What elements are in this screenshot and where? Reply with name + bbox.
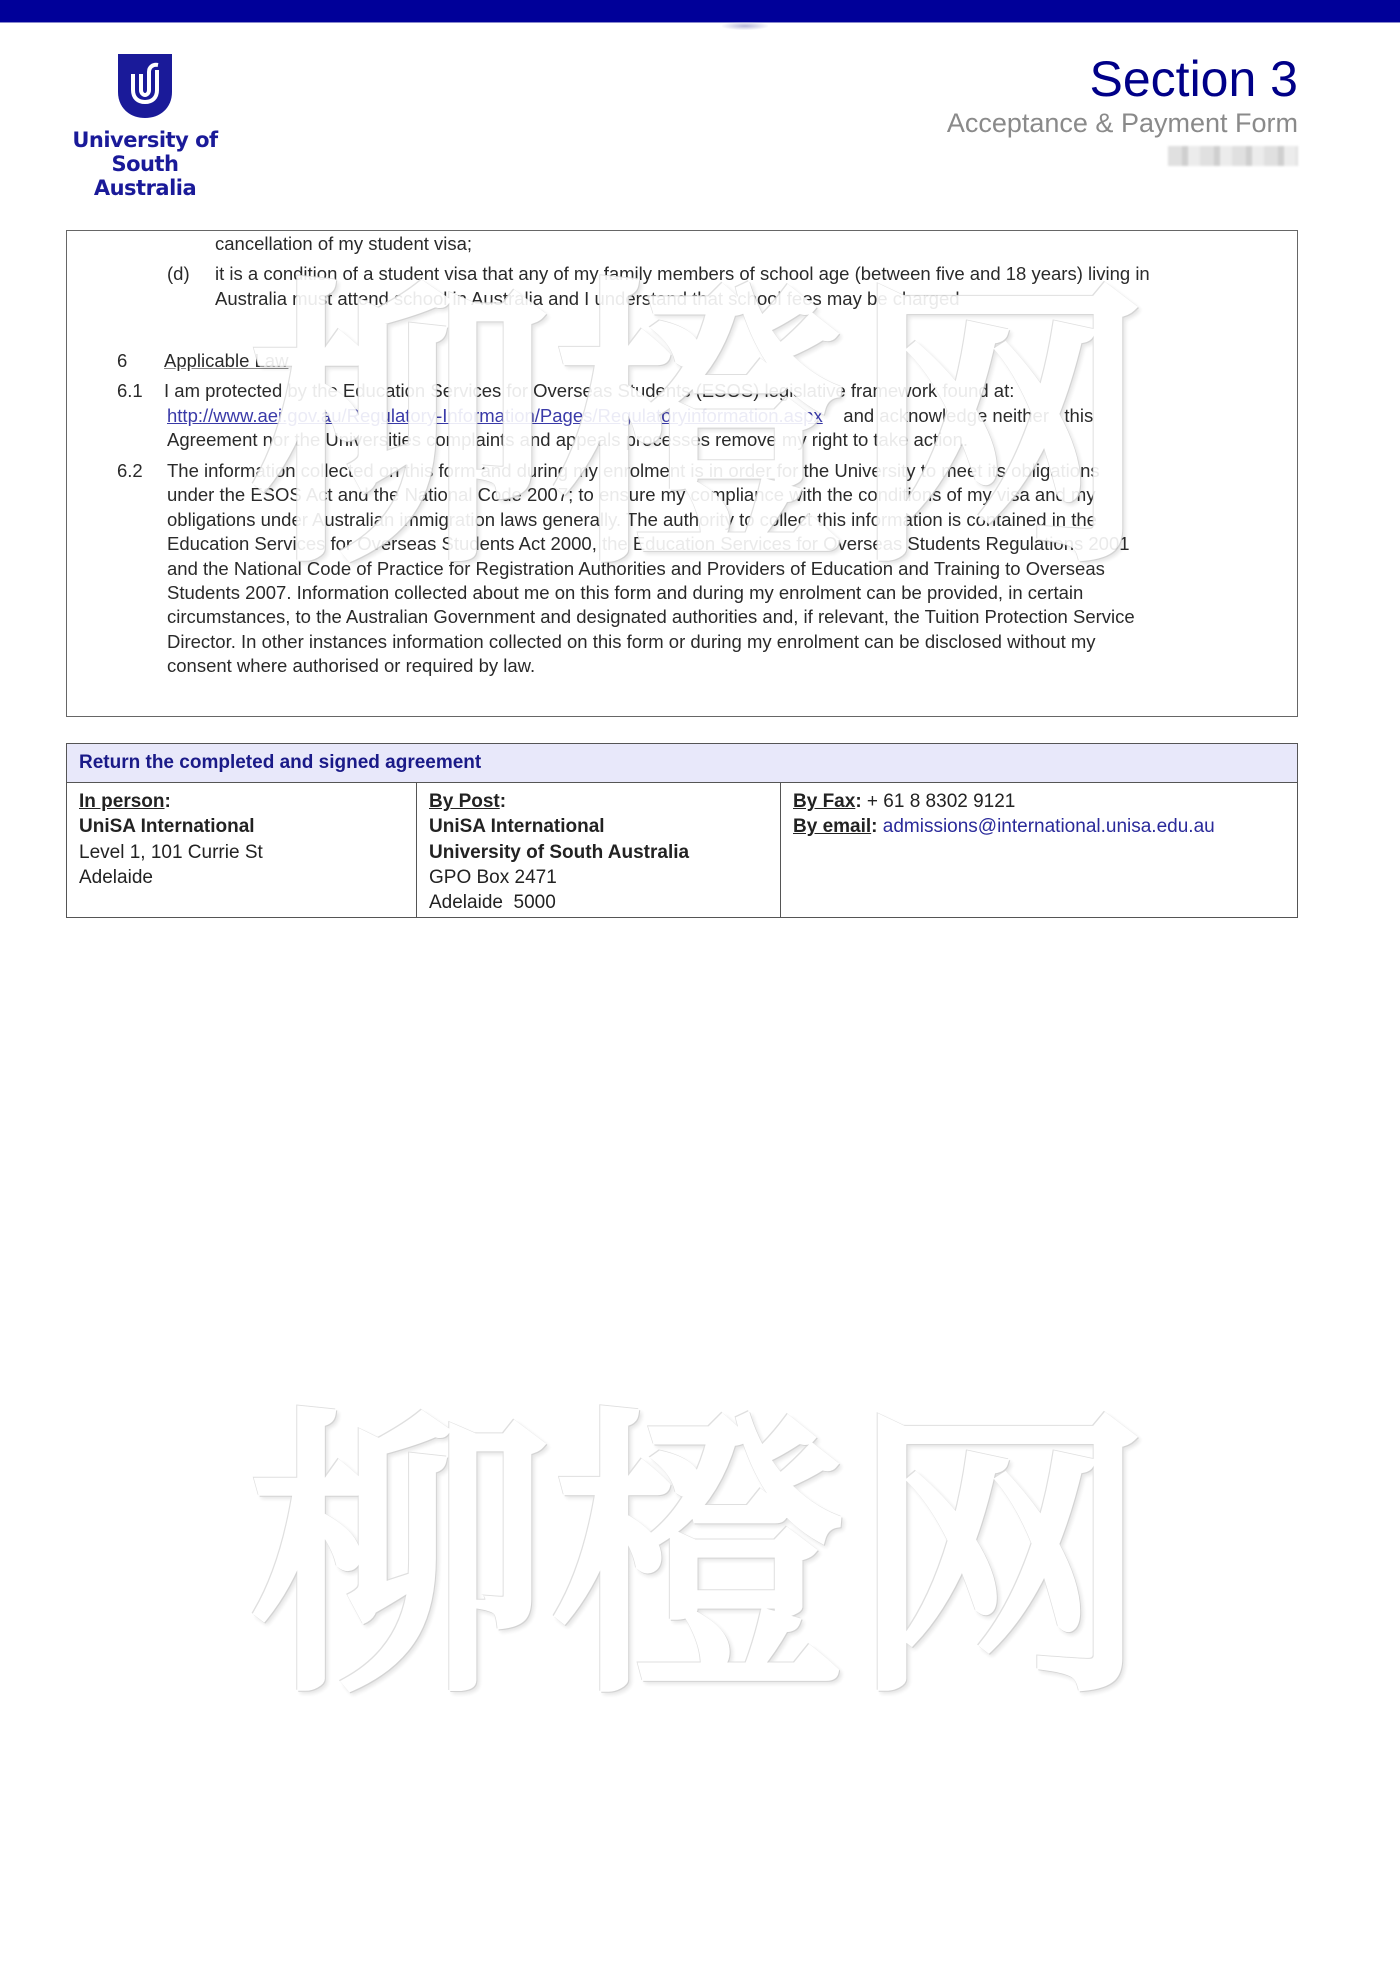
in-person-org: UniSA International bbox=[79, 814, 404, 839]
by-post-label: By Post bbox=[429, 791, 500, 812]
section-6-number: 6 bbox=[117, 349, 127, 374]
esos-framework-link[interactable]: http://www.aei.gov.au/Regulatory-Informa… bbox=[167, 405, 823, 426]
clause-6-2-line: obligations under Australian immigration… bbox=[167, 508, 1097, 533]
section-title: Section 3 bbox=[947, 52, 1298, 106]
in-person-address: Level 1, 101 Currie St bbox=[79, 840, 404, 865]
in-person-address: Adelaide bbox=[79, 865, 404, 890]
fax-email-column: By Fax: + 61 8 8302 9121 By email: admis… bbox=[781, 783, 1297, 917]
by-post-address: Adelaide 5000 bbox=[429, 890, 768, 915]
clause-6-2-line: Education Services for Overseas Students… bbox=[167, 532, 1130, 557]
item-c-continuation: cancellation of my student visa; bbox=[215, 232, 472, 257]
clause-6-2-line: The information collected on this form a… bbox=[167, 459, 1100, 484]
in-person-label: In person bbox=[79, 791, 165, 812]
clause-6-2-line: consent where authorised or required by … bbox=[167, 654, 535, 679]
banner-artifact bbox=[722, 22, 768, 30]
clause-6-2-number: 6.2 bbox=[117, 459, 143, 484]
clause-6-2-line: Director. In other instances information… bbox=[167, 630, 1096, 655]
email-link[interactable]: admissions@international.unisa.edu.au bbox=[883, 816, 1215, 837]
clause-6-2-line: Students 2007. Information collected abo… bbox=[167, 581, 1083, 606]
by-post-org: UniSA International bbox=[429, 814, 768, 839]
form-header: Section 3 Acceptance & Payment Form bbox=[947, 52, 1298, 171]
item-d-line: Australia must attend school in Australi… bbox=[215, 287, 960, 312]
by-post-address: GPO Box 2471 bbox=[429, 865, 768, 890]
item-d-label: (d) bbox=[167, 262, 190, 287]
by-email-label: By email bbox=[793, 816, 871, 837]
item-d-line: it is a condition of a student visa that… bbox=[215, 262, 1150, 287]
return-agreement-table: Return the completed and signed agreemen… bbox=[66, 743, 1298, 918]
university-logo: University of South Australia bbox=[60, 52, 230, 200]
unisa-shield-icon bbox=[116, 52, 174, 120]
by-fax-label: By Fax bbox=[793, 791, 855, 812]
logo-text: University of South Australia bbox=[60, 128, 230, 200]
section-subtitle: Acceptance & Payment Form bbox=[947, 108, 1298, 138]
fax-number: + 61 8 8302 9121 bbox=[867, 791, 1015, 812]
by-post-org2: University of South Australia bbox=[429, 840, 768, 865]
watermark: 柳橙网 bbox=[240, 1410, 1160, 1710]
redacted-id bbox=[1168, 146, 1298, 166]
section-6-title: Applicable Law bbox=[164, 349, 288, 374]
return-heading: Return the completed and signed agreemen… bbox=[67, 744, 1297, 783]
clause-6-1-number: 6.1 bbox=[117, 379, 143, 404]
in-person-column: In person: UniSA International Level 1, … bbox=[67, 783, 417, 917]
clause-6-1-text: and acknowledge neither this bbox=[843, 405, 1093, 426]
by-post-column: By Post: UniSA International University … bbox=[417, 783, 781, 917]
clause-6-2-line: under the ESOS Act and the National Code… bbox=[167, 483, 1096, 508]
agreement-terms-box: cancellation of my student visa; (d) it … bbox=[66, 230, 1298, 717]
clause-6-1-text: Agreement nor the Universities complaint… bbox=[167, 428, 968, 453]
top-banner-bar bbox=[0, 0, 1400, 23]
clause-6-2-line: and the National Code of Practice for Re… bbox=[167, 557, 1105, 582]
clause-6-2-line: circumstances, to the Australian Governm… bbox=[167, 605, 1135, 630]
clause-6-1-text: I am protected by the Education Services… bbox=[164, 379, 1014, 404]
